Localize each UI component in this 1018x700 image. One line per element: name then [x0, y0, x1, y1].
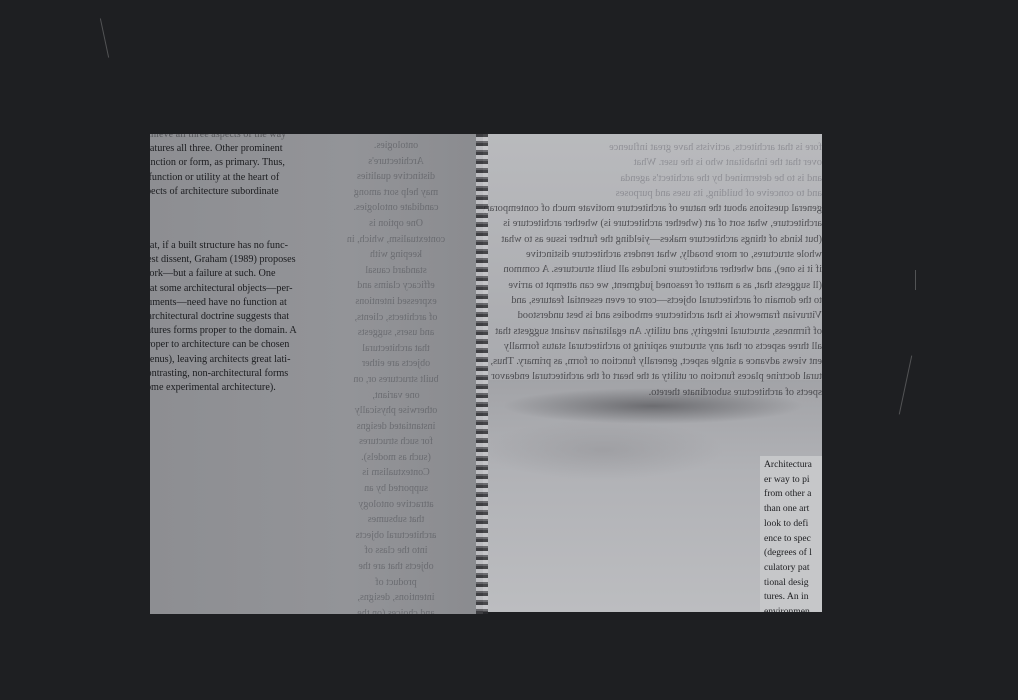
text-line: (such as models).	[326, 450, 466, 466]
text-line: fore is that architects, activists have …	[483, 140, 822, 155]
text-line: Architecture's	[326, 154, 466, 170]
text-line: objects are either	[326, 356, 466, 372]
text-line: achieve all three aspects of the way	[150, 134, 322, 142]
text-line: that, if a built structure has no func-	[150, 239, 322, 253]
text-line: and is to be determined by the architect…	[483, 171, 822, 186]
text-line: One option is	[326, 216, 466, 232]
text-line: environmen	[764, 605, 812, 612]
text-line: one variant,	[326, 388, 466, 404]
text-line: features all three. Other prominent	[150, 142, 322, 156]
text-line: spects of architecture subordinate there…	[483, 385, 822, 400]
text-line: instantiated designs	[326, 419, 466, 435]
text-line: ent views advance a single aspect, gener…	[483, 354, 822, 369]
text-line: function or form, as primary. Thus,	[150, 156, 322, 170]
text-line: that subsumes	[326, 512, 466, 528]
text-line: distinctive qualities	[326, 169, 466, 185]
text-line: proper to architecture can be chosen	[150, 338, 322, 352]
text-line: ontologies.	[326, 138, 466, 154]
text-line: ence to spec	[764, 532, 812, 547]
text-line: menus), leaving architects great lati-	[150, 353, 322, 367]
text-line: that some architectural objects—per-	[150, 282, 322, 296]
left-page: achieve all three aspects of the way fea…	[150, 134, 483, 614]
text-line: and users, suggests	[326, 325, 466, 341]
text-line: may help sort among	[326, 185, 466, 201]
scan-scratch	[100, 18, 109, 57]
text-line: numents—need have no function at	[150, 296, 322, 310]
book-gutter	[476, 134, 488, 614]
text-line: over that the inhabitant who is the user…	[483, 155, 822, 170]
text-line: of firmness, structural integrity, and u…	[483, 324, 822, 339]
text-line: general questions about the nature of ar…	[483, 201, 822, 216]
text-line: s function or utility at the heart of	[150, 171, 322, 185]
text-line: keeping with	[326, 247, 466, 263]
book-spread: achieve all three aspects of the way fea…	[150, 134, 822, 614]
text-line: candidate ontologies.	[326, 200, 466, 216]
text-line: supported by an	[326, 481, 466, 497]
text-line: efficacy claims and	[326, 278, 466, 294]
text-line: built structures or, on	[326, 372, 466, 388]
text-line: culatory pat	[764, 561, 812, 576]
text-line: to the domain of architectural objects—c…	[483, 293, 822, 308]
text-line: and to conceive of building, its uses an…	[483, 186, 822, 201]
text-line: tional desig	[764, 576, 812, 591]
text-line: tures. An in	[764, 590, 812, 605]
text-line: (but kinds of things architecture makes—…	[483, 232, 822, 247]
text-line: tural doctrine places function or utilit…	[483, 369, 822, 384]
text-line: product of	[326, 575, 466, 591]
text-line: of architects, clients,	[326, 310, 466, 326]
text-line: from other a	[764, 487, 812, 502]
text-line: intentions, designs,	[326, 590, 466, 606]
text-line: architecture, what sort of art (whether …	[483, 216, 822, 231]
text-line: architectural objects	[326, 528, 466, 544]
text-line: t architectural doctrine suggests that	[150, 310, 322, 324]
text-line: spects of architecture subordinate	[150, 185, 322, 199]
text-line: dest dissent, Graham (1989) proposes	[150, 253, 322, 267]
text-line: for such structures	[326, 434, 466, 450]
text-line: contrasting, non-architectural forms	[150, 367, 322, 381]
text-line: attractive ontology	[326, 497, 466, 513]
text-line: (degrees of l	[764, 546, 812, 561]
text-line: standard causal	[326, 263, 466, 279]
text-line: er way to pi	[764, 473, 812, 488]
text-line: whole structures, or more broadly, what …	[483, 247, 822, 262]
text-line: all three aspects or that any structure …	[483, 339, 822, 354]
text-line: work—but a failure at such. One	[150, 267, 322, 281]
right-page: fore is that architects, activists have …	[483, 134, 822, 612]
scan-scratch	[899, 356, 912, 415]
text-line: some experimental architecture).	[150, 381, 322, 395]
scan-scratch	[915, 270, 916, 290]
text-line: Vitruvian framework is that architecture…	[483, 308, 822, 323]
text-line: objects that are the	[326, 559, 466, 575]
text-line: eatures forms proper to the domain. A	[150, 324, 322, 338]
show-through-column: ontologies. Architecture's distinctive q…	[326, 138, 466, 614]
text-line: and choices (on the	[326, 606, 466, 614]
text-line: contextualism, which, in	[326, 232, 466, 248]
sidebar-text-box: Architectura er way to pi from other a t…	[760, 456, 822, 612]
text-line: Architectura	[764, 458, 812, 473]
text-line: (ll suggests that, as a matter of reason…	[483, 278, 822, 293]
text-line: look to defi	[764, 517, 812, 532]
bleed-through-text: fore is that architects, activists have …	[483, 140, 822, 400]
left-page-main-text: achieve all three aspects of the way fea…	[150, 138, 322, 395]
text-line: than one art	[764, 502, 812, 517]
text-line: expressed intentions	[326, 294, 466, 310]
text-line: into the class of	[326, 543, 466, 559]
text-line: otherwise physically	[326, 403, 466, 419]
text-line: if it is one), and whether architecture …	[483, 262, 822, 277]
text-line: Contextualism is	[326, 465, 466, 481]
text-line: that architectural	[326, 341, 466, 357]
